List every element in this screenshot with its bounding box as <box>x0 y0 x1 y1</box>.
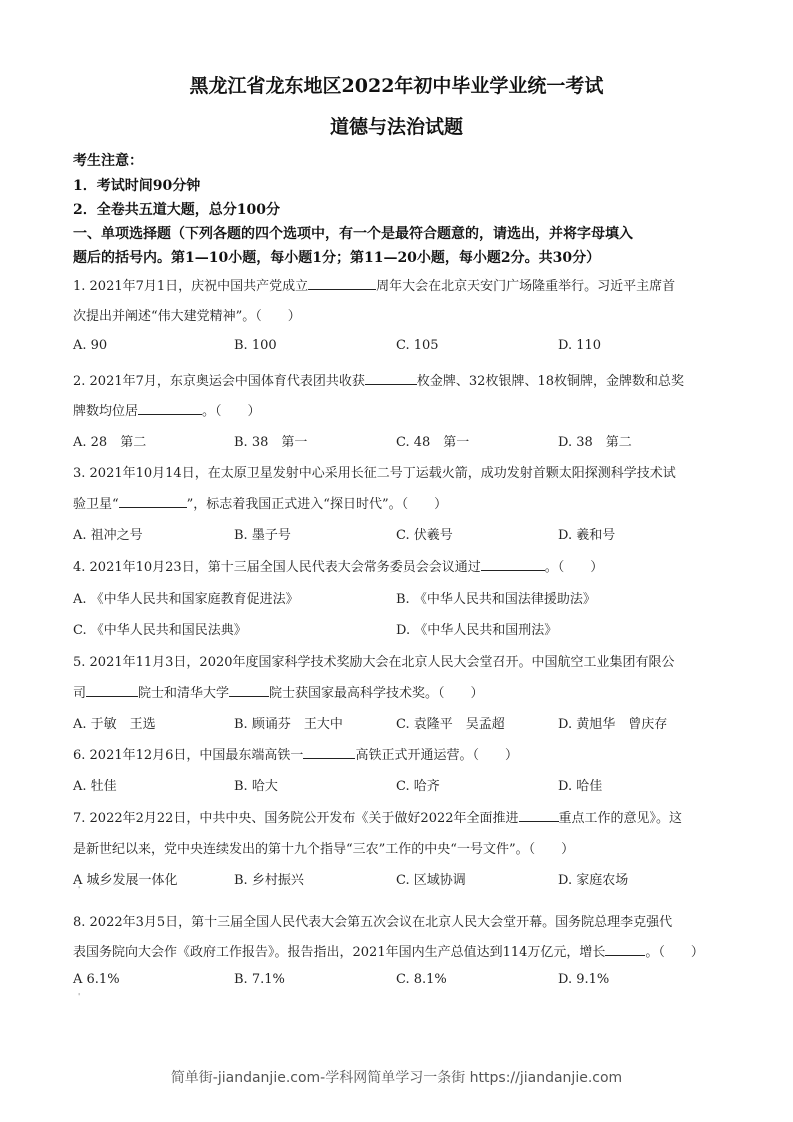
answer-blank <box>605 942 645 956</box>
option-1-c: C. 105 <box>396 338 439 353</box>
question-3-line2: 验卫星“”，标志着我国正式进入“探日时代”。（ ） <box>73 493 447 512</box>
question-2-line2: 牌数均位居。（ ） <box>73 400 261 419</box>
question-7-line1: 7. 2022年2月22日，中共中央、国务院公开发布《关于做好2022年全面推进… <box>73 807 682 826</box>
answer-blank <box>519 808 559 822</box>
option-2-a: A. 28 第二 <box>73 431 146 450</box>
answer-blank <box>229 683 269 697</box>
option-4-b: B. 《中华人民共和国法律援助法》 <box>396 588 596 607</box>
question-5-line2: 司院士和清华大学院士获国家最高科学技术奖。（ ） <box>73 682 484 701</box>
notice-item-1: 1．考试时间90分钟 <box>73 175 200 195</box>
question-1-line1: 1. 2021年7月1日，庆祝中国共产党成立周年大会在北京天安门广场隆重举行。习… <box>73 275 675 294</box>
option-4-a: A. 《中华人民共和国家庭教育促进法》 <box>73 588 299 607</box>
notice-item-2: 2．全卷共五道大题，总分100分 <box>73 199 280 219</box>
question-7-line2: 是新世纪以来，党中央连续发出的第十九个指导“三农”工作的中央“一号文件”。（ ） <box>73 838 574 857</box>
question-3-line1: 3. 2021年10月14日，在太原卫星发射中心采用长征二号丁运载火箭，成功发射… <box>73 462 676 481</box>
option-7-d: D. 家庭农场 <box>558 869 628 888</box>
question-4-line1: 4. 2021年10月23日，第十三届全国人民代表大会常务委员会会议通过。（ ） <box>73 556 603 575</box>
option-1-a: A. 90 <box>73 338 107 353</box>
watermark-footer: 简单街-jiandanjie.com-学科网简单学习一条街 https://ji… <box>0 1067 793 1087</box>
option-7-c: C. 区域协调 <box>396 869 466 888</box>
option-5-b: B. 顾诵芬 王大中 <box>234 713 343 732</box>
option-8-a: A 6.1% <box>73 972 120 987</box>
answer-blank <box>119 494 187 508</box>
option-8-d: D. 9.1% <box>558 972 609 987</box>
question-2-line1: 2. 2021年7月，东京奥运会中国体育代表团共收获枚金牌、32枚银牌、18枚铜… <box>73 370 684 389</box>
question-5-line1: 5. 2021年11月3日，2020年度国家科学技术奖励大会在北京人民大会堂召开… <box>73 651 675 670</box>
option-6-c: C. 哈齐 <box>396 775 440 794</box>
option-5-c: C. 袁隆平 吴孟超 <box>396 713 505 732</box>
option-8-c: C. 8.1% <box>396 972 447 987</box>
option-6-d: D. 哈佳 <box>558 775 602 794</box>
question-6-line1: 6. 2021年12月6日，中国最东端高铁一高铁正式开通运营。（ ） <box>73 744 518 763</box>
option-5-a: A. 于敏 王选 <box>73 713 156 732</box>
question-1-line2: 次提出并阐述“伟大建党精神”。（ ） <box>73 305 301 324</box>
option-2-c: C. 48 第一 <box>396 431 469 450</box>
exam-subtitle: 道德与法治试题 <box>0 112 793 139</box>
option-3-b: B. 墨子号 <box>234 524 291 543</box>
answer-blank <box>138 401 202 415</box>
option-2-b: B. 38 第一 <box>234 431 307 450</box>
option-1-d: D. 110 <box>558 338 601 353</box>
option-3-c: C. 伏羲号 <box>396 524 453 543</box>
answer-blank <box>481 557 545 571</box>
question-8-line1: 8. 2022年3月5日，第十三届全国人民代表大会第五次会议在北京人民大会堂开幕… <box>73 911 672 930</box>
stray-mark: ' <box>78 885 80 894</box>
question-8-line2: 表国务院向大会作《政府工作报告》。报告指出，2021年国内生产总值达到114万亿… <box>73 941 704 960</box>
option-4-c: C. 《中华人民共和国民法典》 <box>73 619 247 638</box>
notice-heading: 考生注意： <box>73 150 143 170</box>
option-6-a: A. 牡佳 <box>73 775 117 794</box>
option-7-b: B. 乡村振兴 <box>234 869 304 888</box>
option-3-d: D. 羲和号 <box>558 524 615 543</box>
answer-blank <box>308 276 376 290</box>
answer-blank <box>365 371 417 385</box>
option-1-b: B. 100 <box>234 338 277 353</box>
answer-blank <box>303 745 355 759</box>
option-7-a: A 城乡发展一体化 <box>73 869 178 888</box>
option-3-a: A. 祖冲之号 <box>73 524 143 543</box>
option-2-d: D. 38 第二 <box>558 431 632 450</box>
answer-blank <box>86 683 138 697</box>
exam-title: 黑龙江省龙东地区2022年初中毕业学业统一考试 <box>0 71 793 98</box>
option-5-d: D. 黄旭华 曾庆存 <box>558 713 667 732</box>
option-6-b: B. 哈大 <box>234 775 278 794</box>
option-4-d: D. 《中华人民共和国刑法》 <box>396 619 557 638</box>
section-heading-line1: 一、单项选择题（下列各题的四个选项中，有一个是最符合题意的，请选出，并将字母填入 <box>73 223 633 243</box>
section-heading-line2: 题后的括号内。第1—10小题，每小题1分；第11—20小题，每小题2分。共30分… <box>73 247 600 267</box>
option-8-b: B. 7.1% <box>234 972 285 987</box>
stray-mark: ' <box>78 992 80 1001</box>
